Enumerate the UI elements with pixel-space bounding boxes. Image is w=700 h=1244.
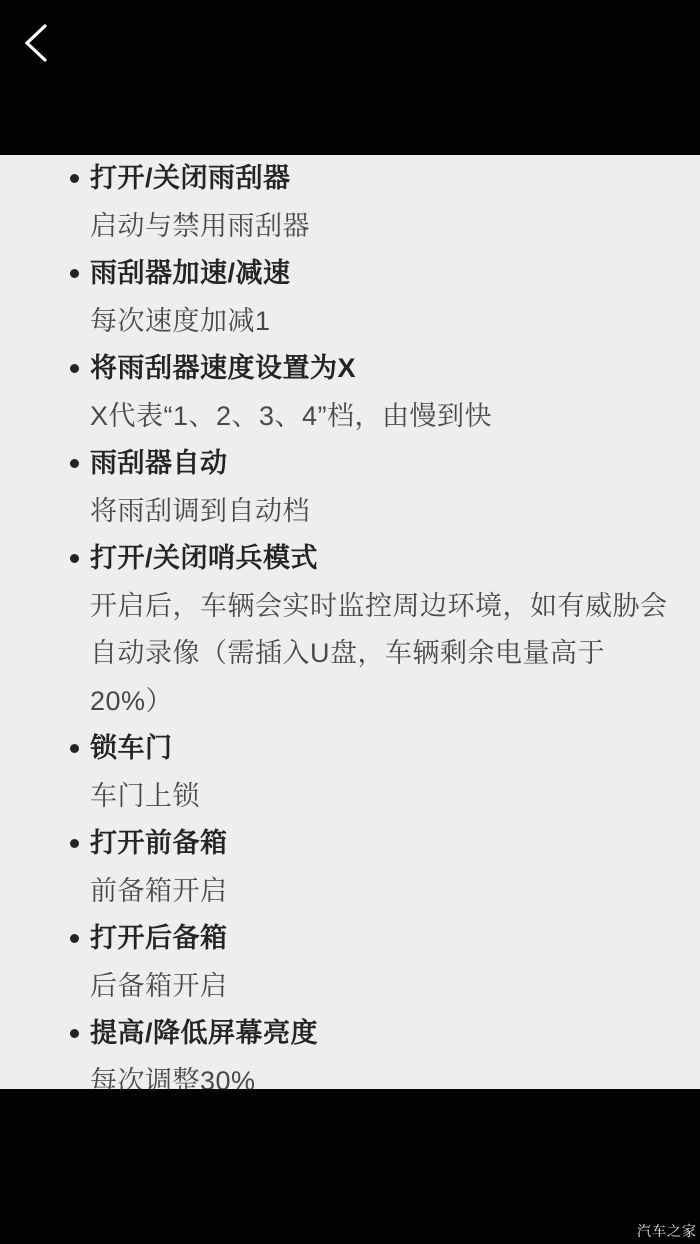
command-item: 锁车门 车门上锁 [0,725,700,820]
bullet-icon [70,1029,79,1038]
command-desc-line: 前备箱开启 [0,868,700,916]
command-item: 提高/降低屏幕亮度 每次调整30% [0,1010,700,1089]
bullet-icon [70,459,79,468]
command-item: 雨刮器自动 将雨刮调到自动档 [0,440,700,535]
command-title-text: 打开后备箱 [90,923,228,953]
command-desc-line: X代表“1、2、3、4”档，由慢到快 [0,393,700,441]
command-title: 将雨刮器速度设置为X [0,345,700,393]
command-title: 打开前备箱 [0,820,700,868]
command-desc: X代表“1、2、3、4”档，由慢到快 [0,393,700,441]
command-desc: 前备箱开启 [0,868,700,916]
command-title-text: 提高/降低屏幕亮度 [90,1018,318,1048]
command-desc: 车门上锁 [0,773,700,821]
command-desc-line: 开启后，车辆会实时监控周边环境，如有威胁会 [0,583,700,631]
command-title: 锁车门 [0,725,700,773]
command-item: 打开后备箱 后备箱开启 [0,915,700,1010]
command-desc: 后备箱开启 [0,963,700,1011]
command-desc-line: 每次速度加减1 [0,298,700,346]
command-item: 打开/关闭雨刮器 启动与禁用雨刮器 [0,155,700,250]
bullet-icon [70,174,79,183]
bullet-icon [70,934,79,943]
command-title-text: 雨刮器加速/减速 [90,258,291,288]
command-title-text: 将雨刮器速度设置为X [90,353,356,383]
command-title: 雨刮器加速/减速 [0,250,700,298]
command-title-text: 锁车门 [90,733,173,763]
command-desc: 每次调整30% [0,1058,700,1090]
command-item: 打开/关闭哨兵模式 开启后，车辆会实时监控周边环境，如有威胁会自动录像（需插入U… [0,535,700,725]
command-title-text: 打开/关闭哨兵模式 [90,543,318,573]
command-title: 雨刮器自动 [0,440,700,488]
command-title: 提高/降低屏幕亮度 [0,1010,700,1058]
bullet-icon [70,364,79,373]
back-button[interactable] [14,17,62,65]
command-title: 打开/关闭雨刮器 [0,155,700,203]
app-screen: 打开/关闭雨刮器 启动与禁用雨刮器 雨刮器加速/减速 每次速度加减1 将雨刮器速… [0,0,700,1244]
bottom-bar: 汽车之家 [0,1089,700,1244]
command-desc-line: 每次调整30% [0,1058,700,1090]
command-title-text: 打开/关闭雨刮器 [90,163,291,193]
bullet-icon [70,839,79,848]
command-title: 打开后备箱 [0,915,700,963]
command-title-text: 打开前备箱 [90,828,228,858]
command-item: 雨刮器加速/减速 每次速度加减1 [0,250,700,345]
command-desc-line: 启动与禁用雨刮器 [0,203,700,251]
command-desc-line: 车门上锁 [0,773,700,821]
bullet-icon [70,744,79,753]
bullet-icon [70,554,79,563]
command-list-area: 打开/关闭雨刮器 启动与禁用雨刮器 雨刮器加速/减速 每次速度加减1 将雨刮器速… [0,155,700,1089]
command-item: 将雨刮器速度设置为X X代表“1、2、3、4”档，由慢到快 [0,345,700,440]
top-bar [0,0,700,155]
command-item: 打开前备箱 前备箱开启 [0,820,700,915]
command-desc: 每次速度加减1 [0,298,700,346]
command-desc: 开启后，车辆会实时监控周边环境，如有威胁会自动录像（需插入U盘，车辆剩余电量高于… [0,583,700,726]
watermark: 汽车之家 [637,1221,697,1241]
command-title: 打开/关闭哨兵模式 [0,535,700,583]
command-desc: 启动与禁用雨刮器 [0,203,700,251]
command-desc: 将雨刮调到自动档 [0,488,700,536]
command-desc-line: 自动录像（需插入U盘，车辆剩余电量高于 [0,630,700,678]
command-desc-line: 20%） [0,678,700,726]
bullet-icon [70,269,79,278]
command-desc-line: 后备箱开启 [0,963,700,1011]
command-list: 打开/关闭雨刮器 启动与禁用雨刮器 雨刮器加速/减速 每次速度加减1 将雨刮器速… [0,155,700,1089]
command-desc-line: 将雨刮调到自动档 [0,488,700,536]
command-title-text: 雨刮器自动 [90,448,228,478]
chevron-left-icon [14,17,62,65]
